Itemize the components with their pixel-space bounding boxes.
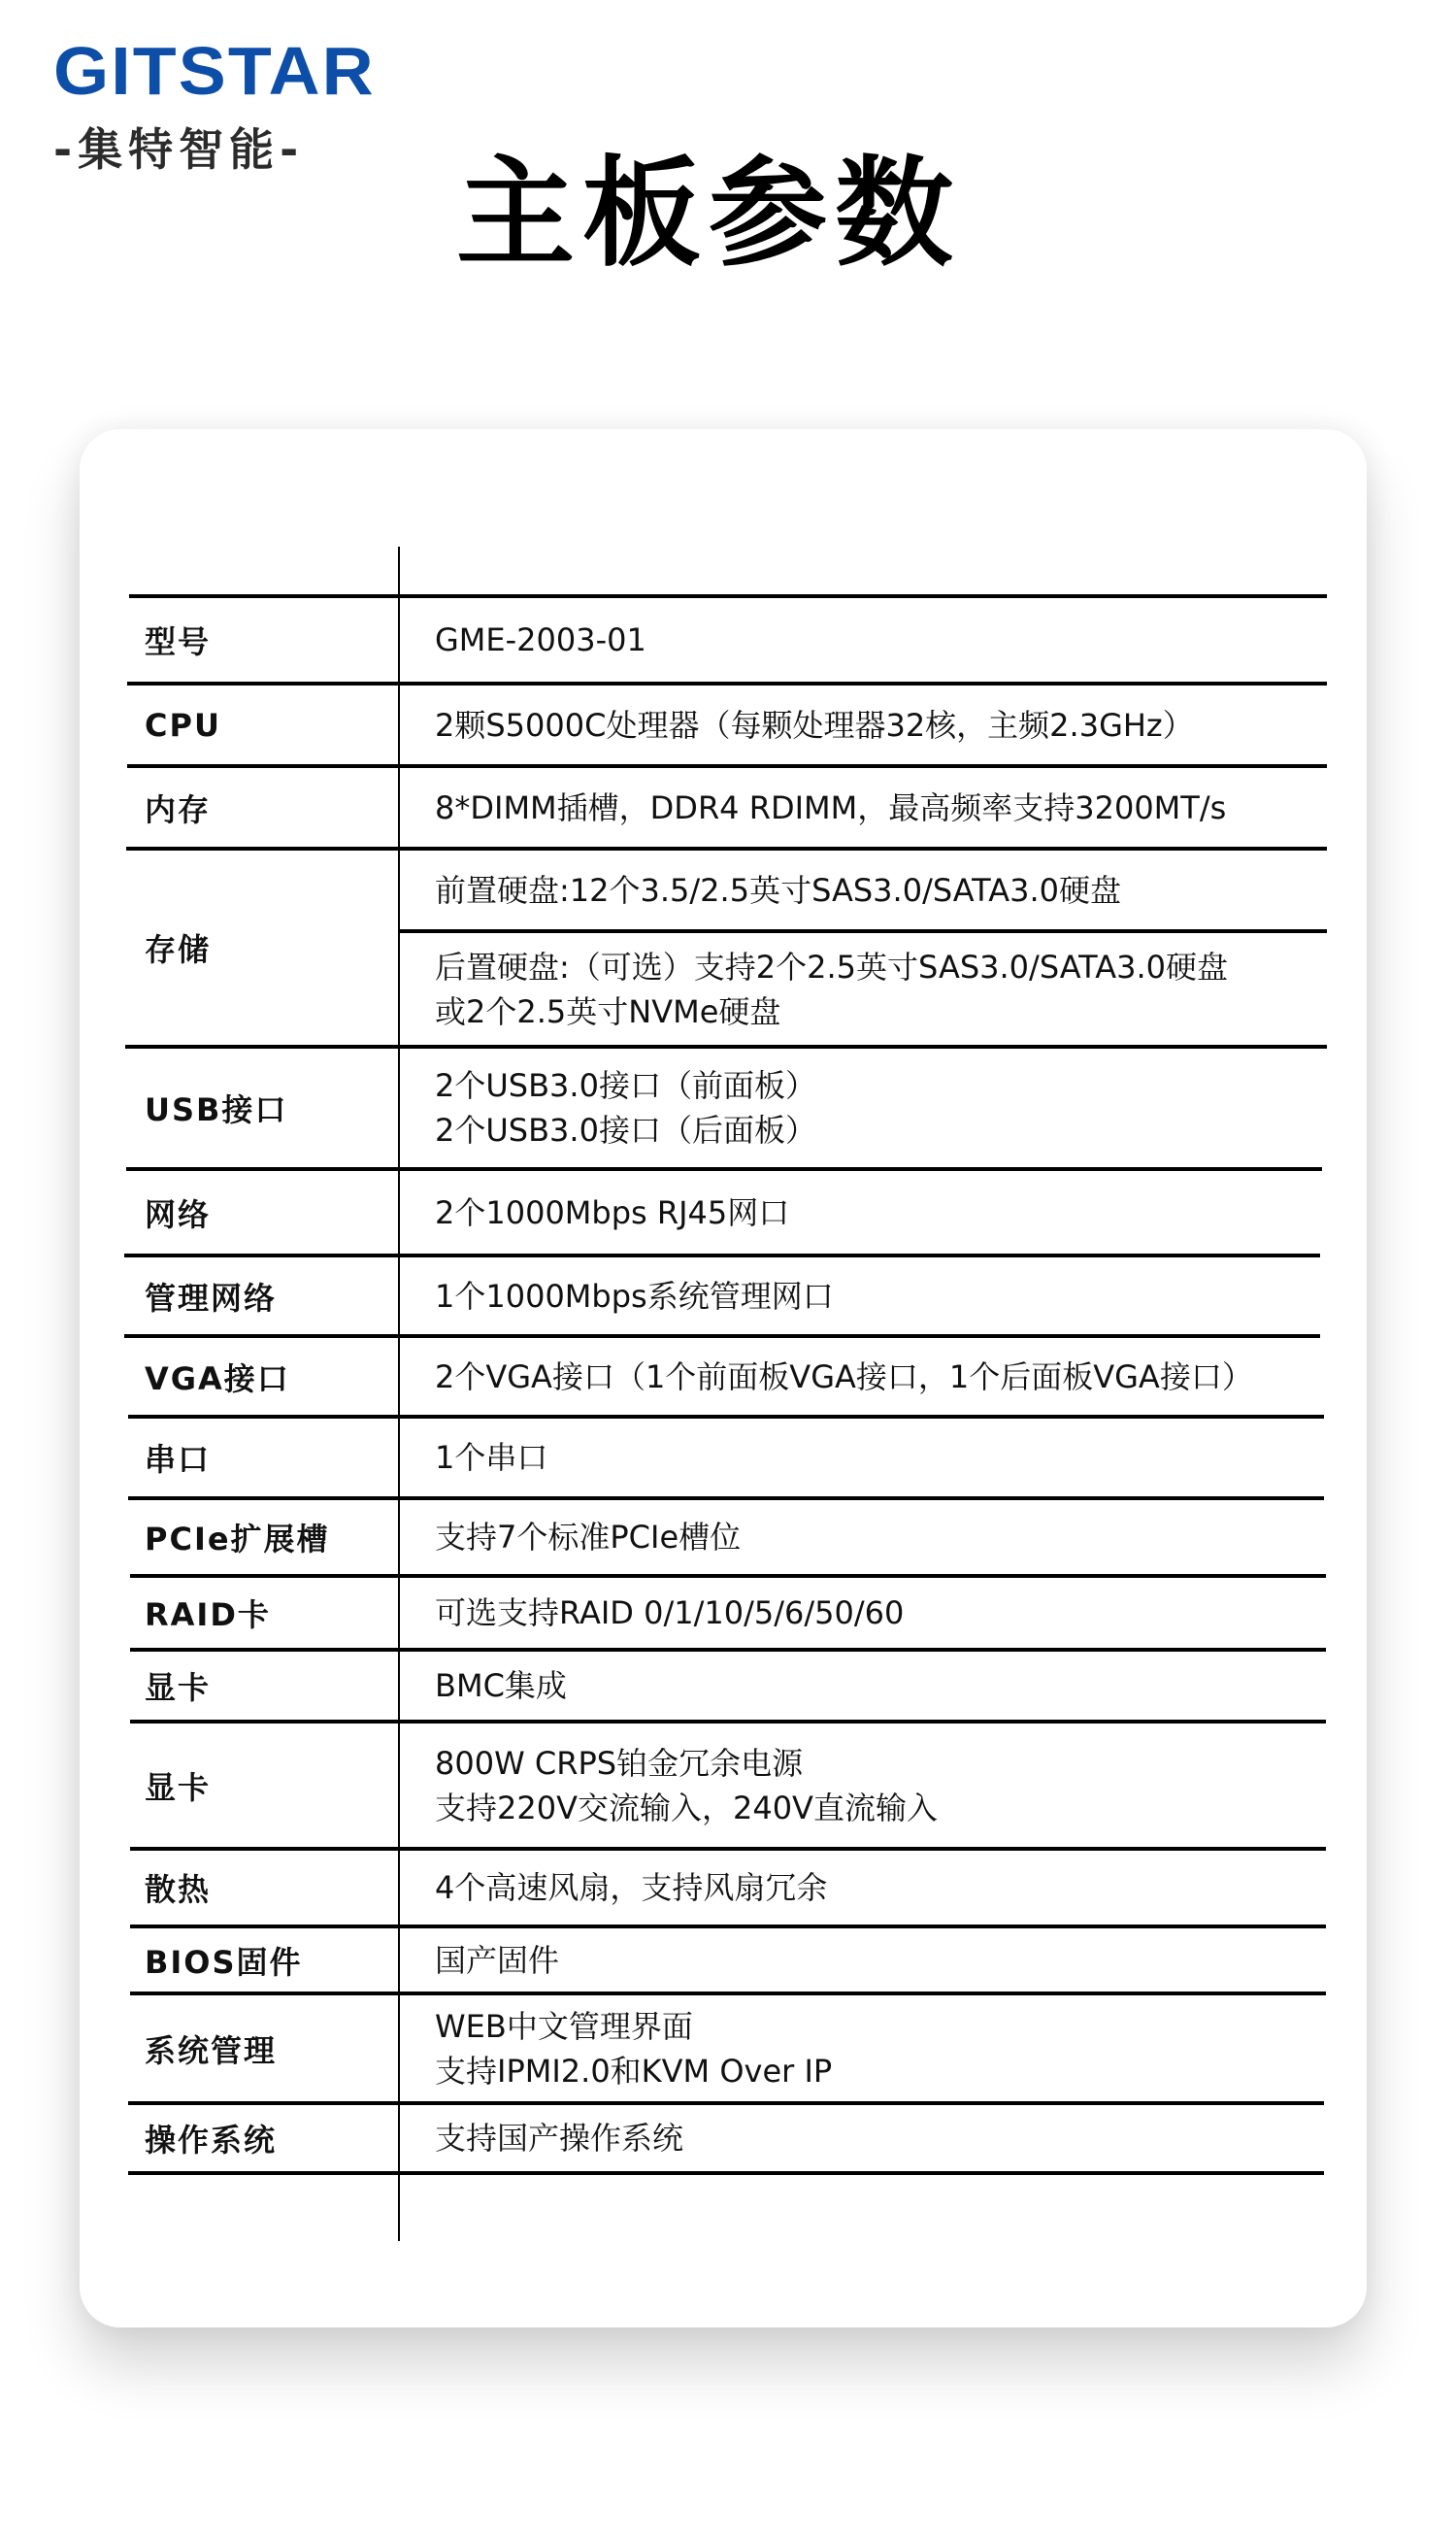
row-label: VGA接口 <box>145 1338 290 1415</box>
table-row-network: 网络 2个1000Mbps RJ45网口 <box>129 1171 1327 1254</box>
table-row-system-mgmt: 系统管理 WEB中文管理界面 支持IPMI2.0和KVM Over IP <box>129 1995 1327 2101</box>
page-title: 主板参数 <box>0 146 1417 282</box>
row-value: 国产固件 <box>435 1928 1327 1992</box>
row-label: RAID卡 <box>145 1578 271 1648</box>
table-row-bios: BIOS固件 国产固件 <box>129 1928 1327 1992</box>
row-value: GME-2003-01 <box>435 598 1327 682</box>
row-label: 串口 <box>145 1419 211 1496</box>
table-row-model: 型号 GME-2003-01 <box>129 598 1327 682</box>
row-value: 2个VGA接口（1个前面板VGA接口，1个后面板VGA接口） <box>435 1338 1327 1415</box>
row-value: 支持7个标准PCIe槽位 <box>435 1500 1327 1574</box>
table-row-cooling: 散热 4个高速风扇，支持风扇冗余 <box>129 1851 1327 1925</box>
logo-wordmark: GITSTAR <box>53 37 359 105</box>
row-label: 显卡 <box>145 1652 211 1720</box>
row-value: 2个USB3.0接口（前面板） 2个USB3.0接口（后面板） <box>435 1049 1327 1167</box>
row-value: BMC集成 <box>435 1652 1327 1720</box>
table-row-pcie: PCIe扩展槽 支持7个标准PCIe槽位 <box>129 1500 1327 1574</box>
row-value-rear-drives: 后置硬盘:（可选）支持2个2.5英寸SAS3.0/SATA3.0硬盘 或2个2.… <box>435 933 1327 1045</box>
row-label: 内存 <box>145 768 211 847</box>
row-label: 网络 <box>145 1171 211 1254</box>
row-label: 系统管理 <box>145 1995 277 2101</box>
row-label: 显卡 <box>145 1724 211 1847</box>
row-label: USB接口 <box>145 1049 287 1167</box>
row-value: 2个1000Mbps RJ45网口 <box>435 1171 1327 1254</box>
row-value: 1个串口 <box>435 1419 1327 1496</box>
table-row-os: 操作系统 支持国产操作系统 <box>129 2105 1327 2171</box>
row-value: 可选支持RAID 0/1/10/5/6/50/60 <box>435 1578 1327 1648</box>
row-value: 2颗S5000C处理器（每颗处理器32核，主频2.3GHz） <box>435 686 1327 764</box>
row-label: 散热 <box>145 1851 211 1925</box>
row-label: 管理网络 <box>145 1257 277 1334</box>
row-rule <box>128 2171 1324 2175</box>
table-row-cpu: CPU 2颗S5000C处理器（每颗处理器32核，主频2.3GHz） <box>129 686 1327 764</box>
table-row-usb: USB接口 2个USB3.0接口（前面板） 2个USB3.0接口（后面板） <box>129 1049 1327 1167</box>
row-value: 4个高速风扇，支持风扇冗余 <box>435 1851 1327 1925</box>
table-row-power: 显卡 800W CRPS铂金冗余电源 支持220V交流输入，240V直流输入 <box>129 1724 1327 1847</box>
table-row-serial: 串口 1个串口 <box>129 1419 1327 1496</box>
row-label: 操作系统 <box>145 2105 277 2171</box>
row-label: 型号 <box>145 598 211 682</box>
row-label: PCIe扩展槽 <box>145 1500 330 1574</box>
row-value: 800W CRPS铂金冗余电源 支持220V交流输入，240V直流输入 <box>435 1724 1327 1847</box>
row-value: 1个1000Mbps系统管理网口 <box>435 1257 1327 1334</box>
table-row-storage: 存储 前置硬盘:12个3.5/2.5英寸SAS3.0/SATA3.0硬盘 后置硬… <box>129 851 1327 1045</box>
table-row-graphics: 显卡 BMC集成 <box>129 1652 1327 1720</box>
table-row-memory: 内存 8*DIMM插槽，DDR4 RDIMM，最高频率支持3200MT/s <box>129 768 1327 847</box>
row-value: 支持国产操作系统 <box>435 2105 1327 2171</box>
row-label: 存储 <box>145 851 211 1045</box>
row-value: WEB中文管理界面 支持IPMI2.0和KVM Over IP <box>435 1995 1327 2101</box>
row-value: 8*DIMM插槽，DDR4 RDIMM，最高频率支持3200MT/s <box>435 768 1327 847</box>
row-value-front-drives: 前置硬盘:12个3.5/2.5英寸SAS3.0/SATA3.0硬盘 <box>435 851 1327 929</box>
row-label: BIOS固件 <box>145 1928 303 1992</box>
table-row-vga: VGA接口 2个VGA接口（1个前面板VGA接口，1个后面板VGA接口） <box>129 1338 1327 1415</box>
table-row-mgmt-network: 管理网络 1个1000Mbps系统管理网口 <box>129 1257 1327 1334</box>
row-label: CPU <box>145 686 221 764</box>
table-row-raid: RAID卡 可选支持RAID 0/1/10/5/6/50/60 <box>129 1578 1327 1648</box>
